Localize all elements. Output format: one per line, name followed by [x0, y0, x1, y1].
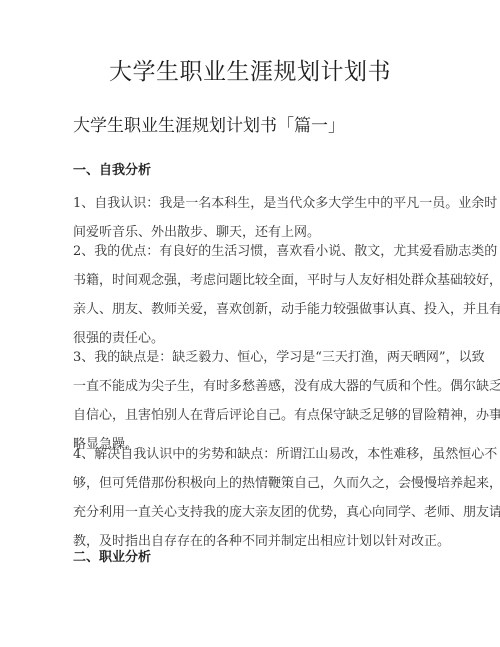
text-line: 自信心，且害怕别人在背后评论自己。有点保守缺乏足够的冒险精神，办事 [73, 401, 423, 430]
section-heading-career-analysis: 二、职业分析 [73, 549, 151, 567]
document-subtitle: 大学生职业生涯规划计划书「篇一」 [73, 114, 345, 138]
text-line: 3、我的缺点是：缺乏毅力、恒心，学习是“三天打渔，两天晒网”，以致 [73, 343, 423, 372]
text-line: 书籍，时间观念强，考虑问题比较全面，平时与人友好相处群众基础较好， [73, 266, 423, 295]
text-line: 2、我的优点：有良好的生活习惯，喜欢看小说、散文，尤其爱看励志类的 [73, 237, 423, 266]
document-page: 大学生职业生涯规划计划书 大学生职业生涯规划计划书「篇一」 一、自我分析 1、自… [0, 0, 500, 647]
text-line: 够，但可凭借那份积极向上的热情鞭策自己，久而久之，会慢慢培养起来， [73, 469, 423, 498]
paragraph-solutions: 4、解决自我认识中的劣势和缺点：所谓江山易改，本性难移，虽然恒心不 够，但可凭借… [73, 440, 423, 556]
section-heading-self-analysis: 一、自我分析 [73, 162, 151, 180]
text-line: 充分利用一直关心支持我的庞大亲友团的优势，真心向同学、老师、朋友请 [73, 498, 423, 527]
text-line: 1、自我认识：我是一名本科生，是当代众多大学生中的平凡一员。业余时 [73, 189, 423, 218]
text-line: 亲人、朋友、教师关爱，喜欢创新，动手能力较强做事认真、投入，并且有 [73, 295, 423, 324]
document-title: 大学生职业生涯规划计划书 [0, 57, 500, 87]
text-line: 一直不能成为尖子生，有时多愁善感，没有成大器的气质和个性。偶尔缺乏 [73, 372, 423, 401]
paragraph-strengths: 2、我的优点：有良好的生活习惯，喜欢看小说、散文，尤其爱看励志类的 书籍，时间观… [73, 237, 423, 353]
text-line: 4、解决自我认识中的劣势和缺点：所谓江山易改，本性难移，虽然恒心不 [73, 440, 423, 469]
